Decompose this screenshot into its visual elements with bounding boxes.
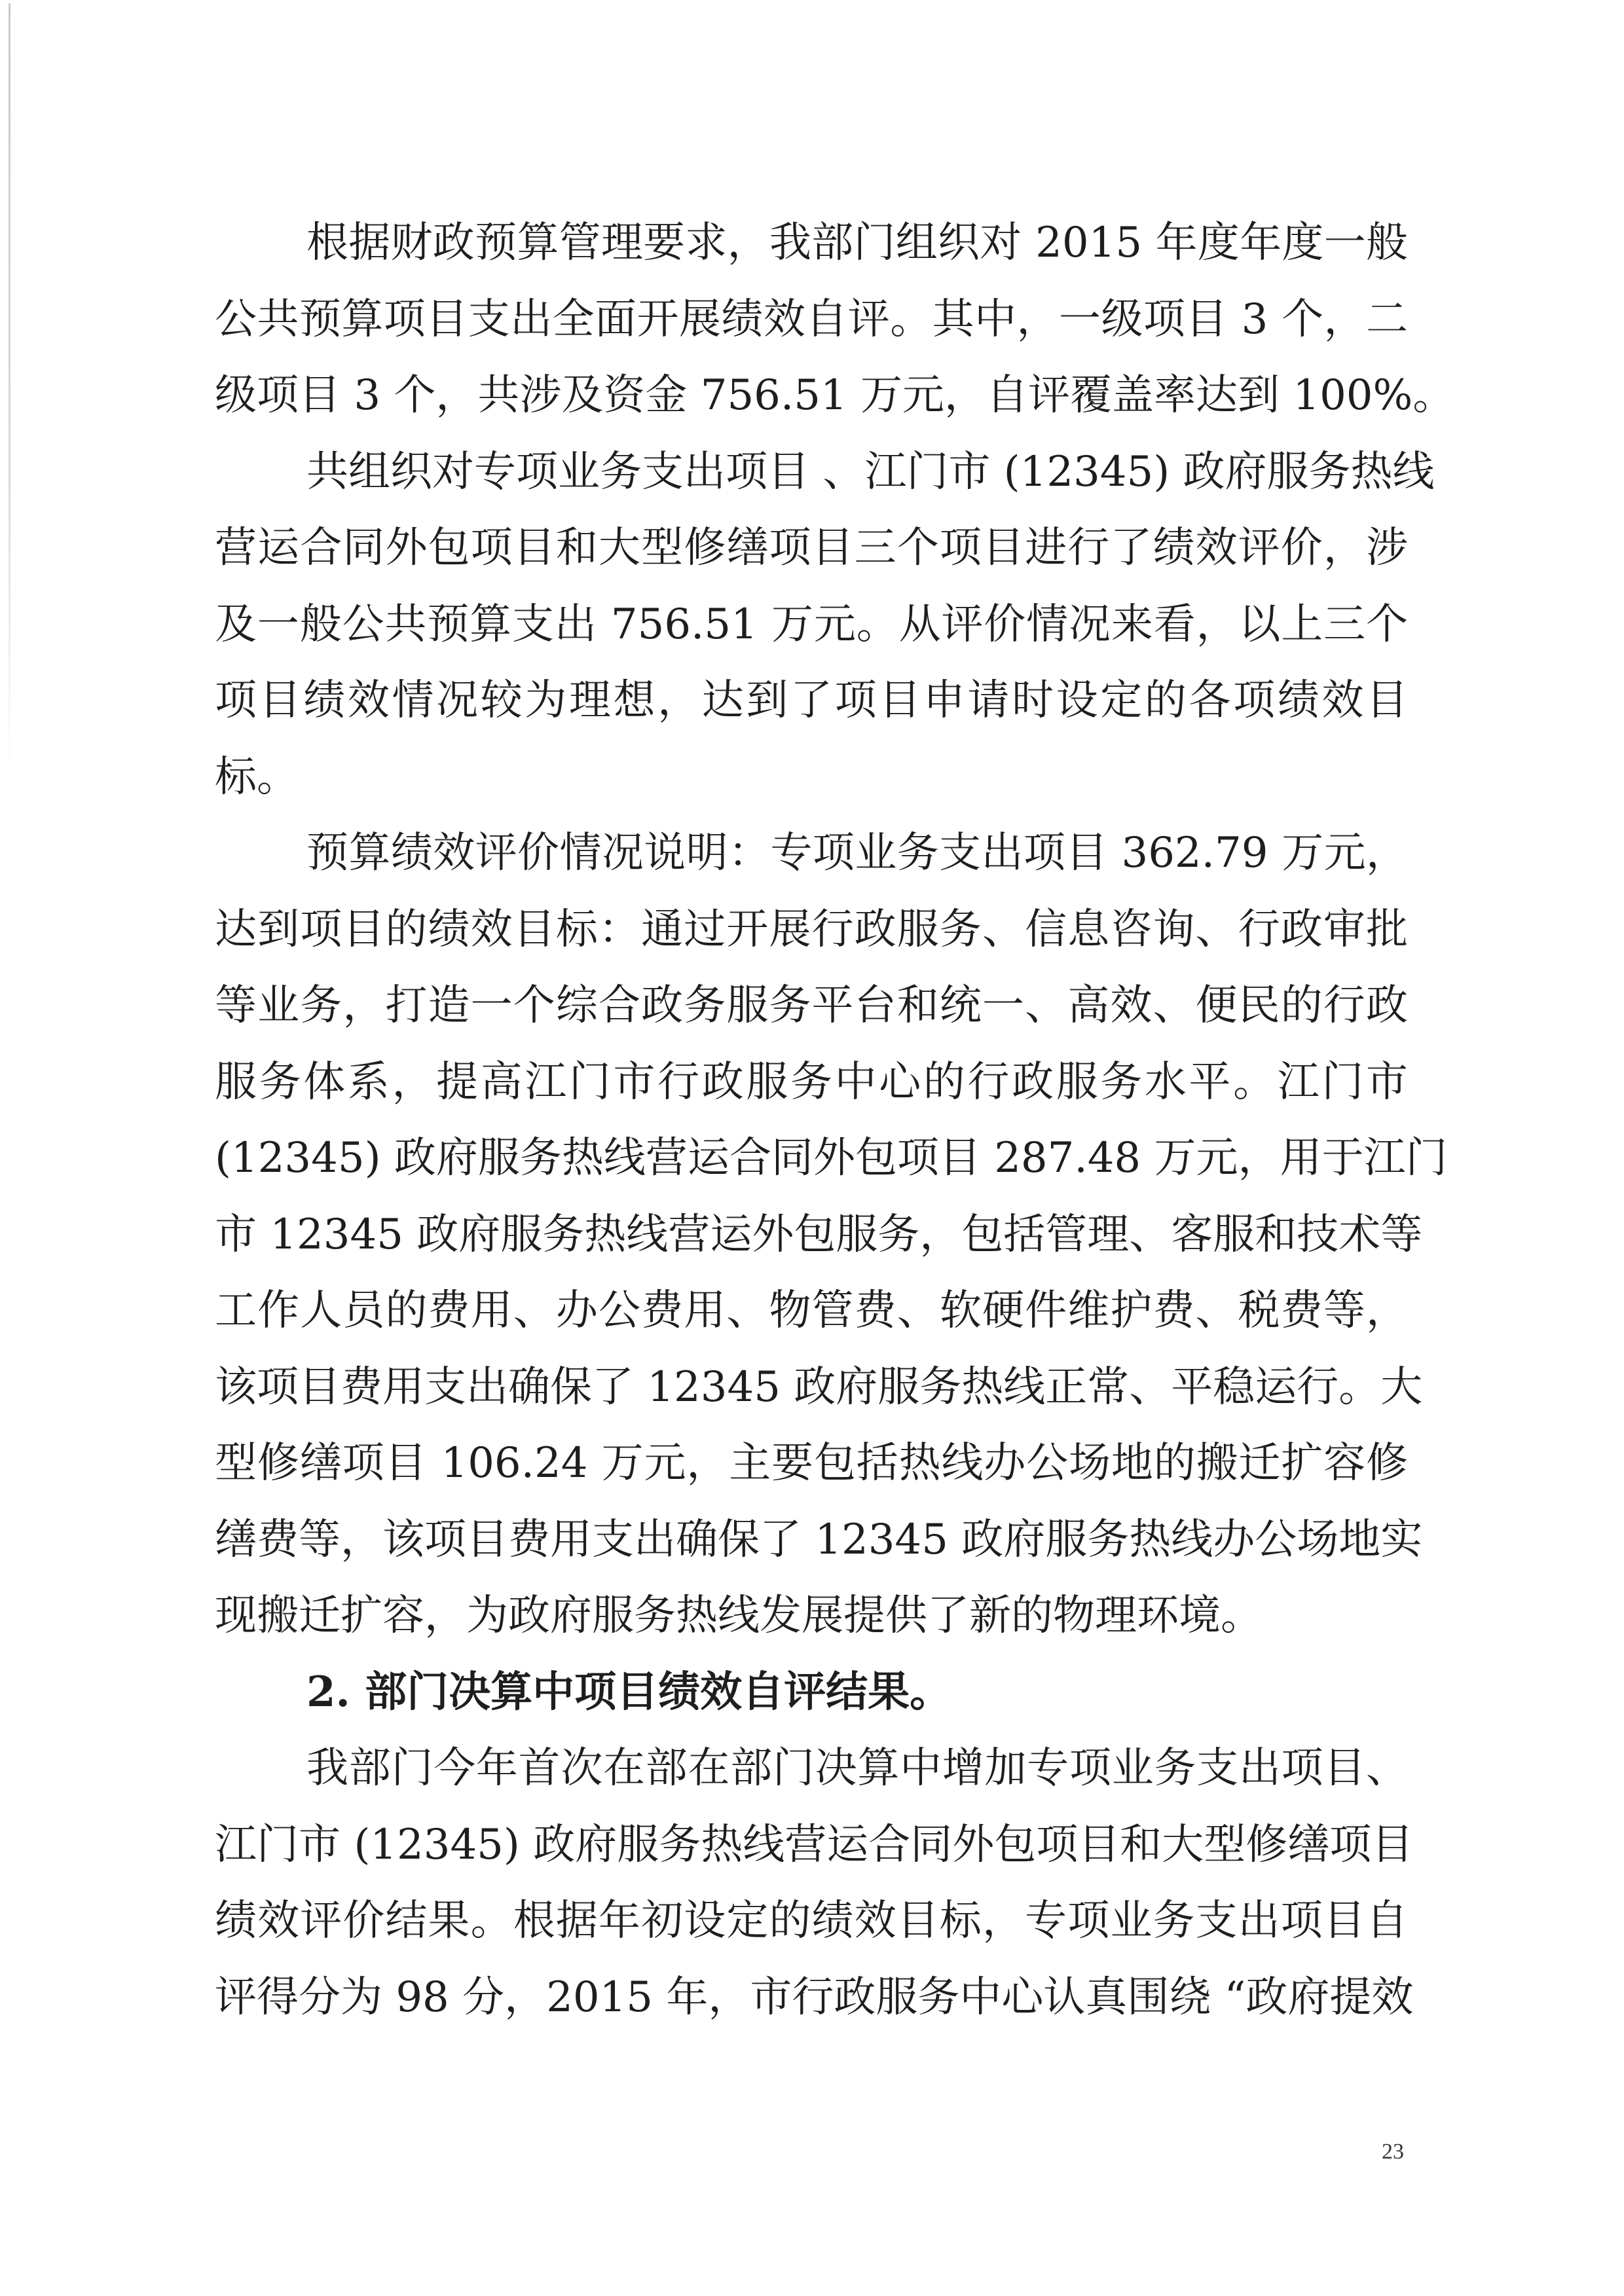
page-number: 23	[1382, 2140, 1404, 2164]
paragraph-3-line-1: 预算绩效评价情况说明：专项业务支出项目 362.79 万元，	[215, 815, 1408, 892]
paragraph-1-line-2: 公共预算项目支出全面开展绩效自评。其中，一级项目 3 个，二	[215, 282, 1408, 358]
section-heading: 2. 部门决算中项目绩效自评结果。	[215, 1654, 1408, 1731]
paragraph-3-line-8: 该项目费用支出确保了 12345 政府服务热线正常、平稳运行。大	[215, 1349, 1408, 1426]
paragraph-2-line-1: 共组织对专项业务支出项目 、江门市 (12345) 政府服务热线	[215, 434, 1408, 511]
paragraph-4-line-1: 我部门今年首次在部在部门决算中增加专项业务支出项目、	[215, 1730, 1408, 1807]
paragraph-4-line-2: 江门市 (12345) 政府服务热线营运合同外包项目和大型修缮项目	[215, 1807, 1408, 1884]
paragraph-3-line-2: 达到项目的绩效目标：通过开展行政服务、信息咨询、行政审批	[215, 892, 1408, 968]
paragraph-3-line-4: 服务体系，提高江门市行政服务中心的行政服务水平。江门市	[215, 1044, 1408, 1121]
paragraph-1-line-1: 根据财政预算管理要求，我部门组织对 2015 年度年度一般	[215, 205, 1408, 282]
paragraph-3-line-11: 现搬迁扩容，为政府服务热线发展提供了新的物理环境。	[215, 1578, 1408, 1654]
paragraph-2-line-5: 标。	[215, 739, 1408, 816]
scan-edge-artifact	[9, 3, 10, 776]
paragraph-4-line-3: 绩效评价结果。根据年初设定的绩效目标，专项业务支出项目自	[215, 1883, 1408, 1959]
paragraph-3-line-9: 型修缮项目 106.24 万元，主要包括热线办公场地的搬迁扩容修	[215, 1425, 1408, 1502]
paragraph-4-line-4: 评得分为 98 分，2015 年，市行政服务中心认真围绕 “政府提效	[215, 1959, 1408, 2036]
paragraph-3-line-7: 工作人员的费用、办公费用、物管费、软硬件维护费、税费等，	[215, 1273, 1408, 1349]
paragraph-3-line-10: 缮费等，该项目费用支出确保了 12345 政府服务热线办公场地实	[215, 1502, 1408, 1578]
paragraph-2-line-2: 营运合同外包项目和大型修缮项目三个项目进行了绩效评价，涉	[215, 510, 1408, 587]
paragraph-2-line-4: 项目绩效情况较为理想，达到了项目申请时设定的各项绩效目	[215, 663, 1408, 739]
paragraph-2-line-3: 及一般公共预算支出 756.51 万元。从评价情况来看，以上三个	[215, 587, 1408, 663]
paragraph-1-line-3: 级项目 3 个，共涉及资金 756.51 万元，自评覆盖率达到 100%。	[215, 357, 1408, 434]
document-body: 根据财政预算管理要求，我部门组织对 2015 年度年度一般 公共预算项目支出全面…	[215, 205, 1408, 2035]
paragraph-3-line-6: 市 12345 政府服务热线营运外包服务，包括管理、客服和技术等	[215, 1197, 1408, 1273]
paragraph-3-line-3: 等业务，打造一个综合政务服务平台和统一、高效、便民的行政	[215, 968, 1408, 1044]
paragraph-3-line-5: (12345) 政府服务热线营运合同外包项目 287.48 万元，用于江门	[215, 1120, 1408, 1197]
